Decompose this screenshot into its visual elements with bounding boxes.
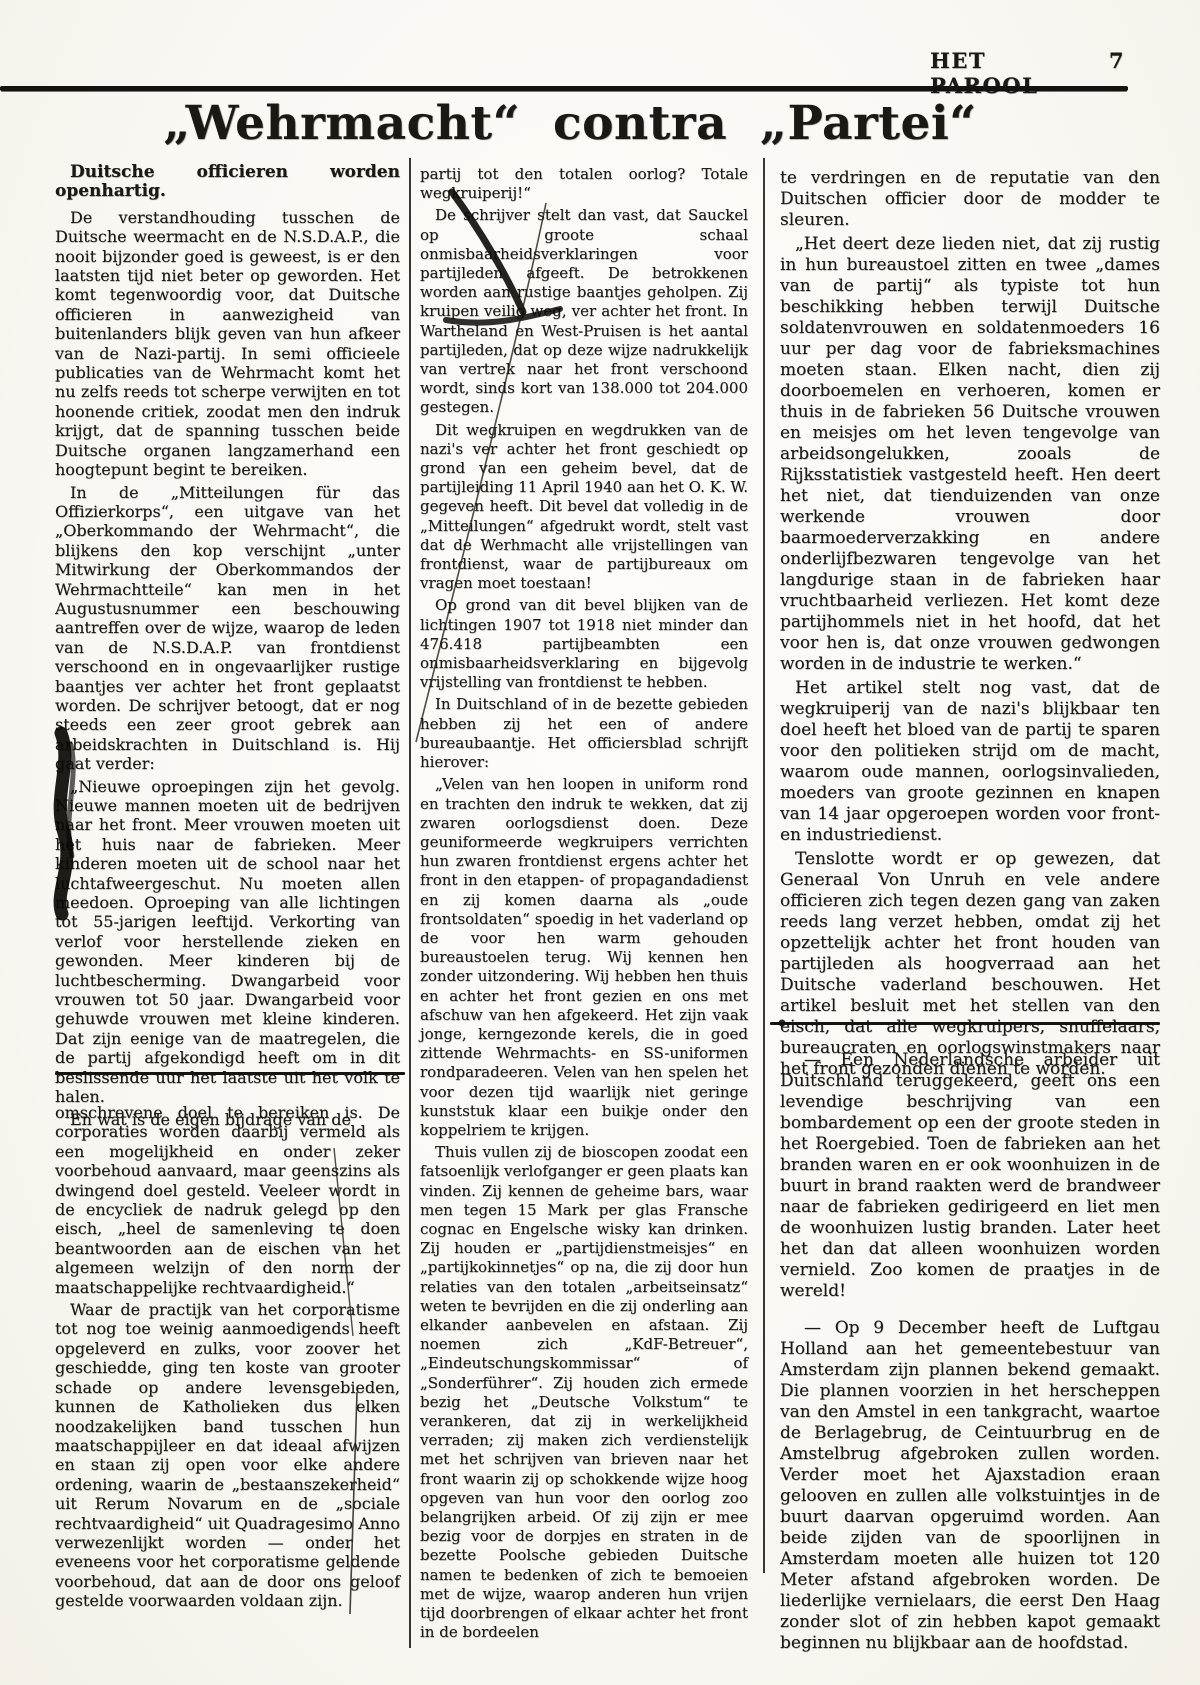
section-rule-left: [55, 1072, 405, 1075]
column-2: partij tot den totalen oorlog? Totale we…: [420, 165, 748, 1645]
news-item: — Op 9 December heeft de Luftgau Holland…: [780, 1318, 1160, 1654]
paragraph-quote: „Het deert deze lieden niet, dat zij rus…: [780, 234, 1160, 675]
paragraph-quote: „Nieuwe oproepingen zijn het gevolg. Nie…: [55, 777, 400, 1107]
paragraph: Dit wegkruipen en wegdrukken van de nazi…: [420, 421, 748, 594]
paragraph: De verstandhouding tusschen de Duitsche …: [55, 208, 400, 480]
article-subhead: Duitsche officieren worden openhartig.: [55, 163, 400, 202]
paragraph: partij tot den totalen oorlog? Totale we…: [420, 165, 748, 203]
news-item: — Een Nederlandsche arbeider uit Duitsch…: [780, 1050, 1160, 1302]
paragraph: In Duitschland of in de bezette gebieden…: [420, 695, 748, 772]
column-divider-left: [409, 158, 411, 1648]
column-3-upper: te verdringen en de reputatie van den Du…: [780, 168, 1160, 1083]
page-number: 7: [1109, 48, 1125, 73]
column-1-lower: omschrevene doel te bereiken is. De corp…: [55, 1103, 400, 1614]
section-rule-right: [770, 1022, 1160, 1025]
paragraph: omschrevene doel te bereiken is. De corp…: [55, 1103, 400, 1297]
paragraph: te verdringen en de reputatie van den Du…: [780, 168, 1160, 231]
paragraph: Thuis vullen zij de bioscopen zoodat een…: [420, 1143, 748, 1642]
column-1-upper: Duitsche officieren worden openhartig. D…: [55, 163, 400, 1132]
article-headline: „Wehrmacht“ contra „Partei“: [0, 96, 1140, 151]
masthead-rule: [0, 86, 1128, 91]
newspaper-page: HET PAROOL 7 „Wehrmacht“ contra „Partei“…: [0, 0, 1200, 1685]
column-divider-right: [763, 158, 765, 1573]
paragraph: Tenslotte wordt er op gewezen, dat Gener…: [780, 849, 1160, 1080]
paragraph: Waar de practijk van het corporatisme to…: [55, 1300, 400, 1611]
paragraph: In de „Mitteilungen für das Offizierkorp…: [55, 483, 400, 774]
paragraph: Het artikel stelt nog vast, dat de wegkr…: [780, 678, 1160, 846]
column-3-news: — Een Nederlandsche arbeider uit Duitsch…: [780, 1050, 1160, 1670]
paragraph: Op grond van dit bevel blijken van de li…: [420, 596, 748, 692]
paragraph-quote: „Velen van hen loopen in uniform rond en…: [420, 775, 748, 1140]
paragraph: De schrijver stelt dan vast, dat Sauckel…: [420, 206, 748, 417]
